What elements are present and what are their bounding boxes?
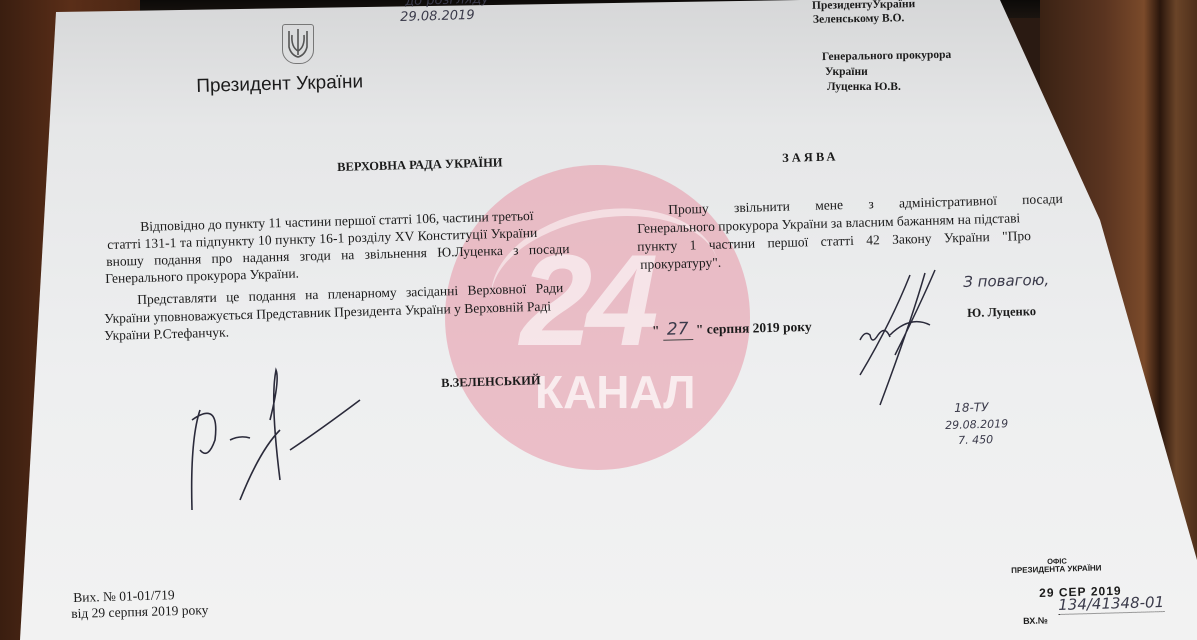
- from-line3: Луценка Ю.В.: [827, 81, 901, 93]
- watermark-label: КАНАЛ: [535, 365, 696, 419]
- left-paragraph2-line3: України Р.Стефанчук.: [104, 324, 229, 344]
- registration-note-line1: 18-ТУ: [954, 400, 989, 415]
- registration-note-line2: 29.08.2019: [945, 417, 1008, 432]
- zelensky-signature: [170, 360, 400, 530]
- from-line2: України: [825, 66, 868, 78]
- left-signatory: В.ЗЕЛЕНСЬКИЙ: [441, 373, 541, 391]
- stamp-number: 134/41348-01: [1058, 593, 1164, 615]
- recipient-line2: Зеленському В.О.: [813, 12, 905, 26]
- statement-line4: прокуратуру".: [640, 254, 721, 273]
- lutsenko-signature: [850, 265, 970, 415]
- stamp-number-label: ВХ.№: [1023, 615, 1048, 626]
- recipient-line1: ПрезидентуУкраїни: [812, 0, 915, 12]
- handwritten-note-top-line2: 29.08.2019: [400, 8, 475, 25]
- statement-title: ЗАЯВА: [782, 149, 839, 166]
- handwritten-regards: З повагою,: [963, 271, 1049, 291]
- sender-title: Президент України: [196, 71, 363, 98]
- registration-note-line3: 7. 450: [958, 433, 993, 447]
- statement-date-rest: серпня 2019 року: [707, 319, 812, 337]
- ukraine-coat-of-arms-icon: [282, 24, 314, 64]
- statement-date-day: 27: [663, 319, 693, 341]
- statement-date: " 27 " серпня 2019 року: [652, 316, 812, 340]
- from-line1: Генерального прокурора: [822, 49, 951, 63]
- right-signatory: Ю. Луценко: [967, 304, 1036, 321]
